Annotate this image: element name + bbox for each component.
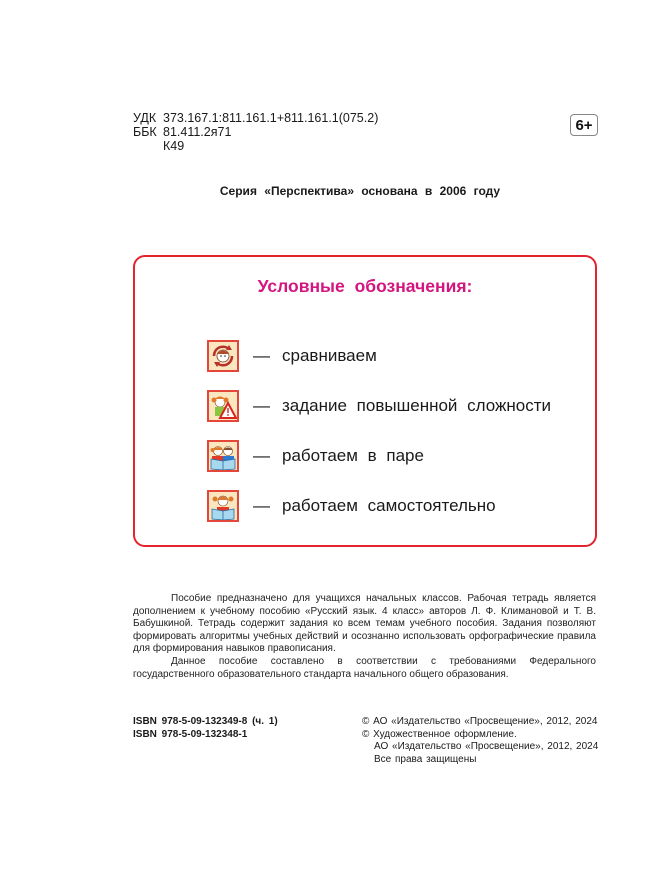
legend-item-pair: — работаем в паре: [207, 440, 424, 472]
udk-label: УДК: [133, 111, 163, 125]
bibliographic-block: УДК373.167.1:811.161.1+811.161.1(075.2) …: [133, 111, 378, 153]
series-line: Серия «Перспектива» основана в 2006 году: [0, 184, 650, 198]
bbk-label: ББК: [133, 125, 163, 139]
warning-difficult-icon: [207, 390, 239, 422]
age-rating-badge: 6+: [570, 114, 598, 136]
legend-text: работаем самостоятельно: [282, 496, 496, 516]
copyright-line: АО «Издательство «Просвещение», 2012, 20…: [362, 741, 598, 754]
isbn-line: ISBN 978-5-09-132349-8 (ч. 1): [133, 716, 278, 729]
author-mark: К49: [163, 139, 184, 153]
legend-item-independent: — работаем самостоятельно: [207, 490, 496, 522]
legend-text: задание повышенной сложности: [282, 396, 551, 416]
copyright-block: © АО «Издательство «Просвещение», 2012, …: [362, 716, 598, 766]
independent-work-icon: [207, 490, 239, 522]
isbn-block: ISBN 978-5-09-132349-8 (ч. 1) ISBN 978-5…: [133, 716, 278, 741]
legend-dash: —: [253, 346, 270, 366]
annotation-paragraph-1: Пособие предназначено для учащихся начал…: [133, 593, 596, 656]
legend-dash: —: [253, 496, 270, 516]
bbk-value: 81.411.2я71: [163, 125, 231, 139]
legend-text: работаем в паре: [282, 446, 424, 466]
copyright-line: Все права защищены: [362, 754, 598, 767]
isbn-line: ISBN 978-5-09-132348-1: [133, 729, 278, 742]
legend-text: сравниваем: [282, 346, 377, 366]
legend-title: Условные обозначения:: [135, 276, 595, 297]
legend-item-compare: — сравниваем: [207, 340, 377, 372]
udk-value: 373.167.1:811.161.1+811.161.1(075.2): [163, 111, 378, 125]
legend-dash: —: [253, 446, 270, 466]
legend-item-difficult: — задание повышенной сложности: [207, 390, 551, 422]
annotation: Пособие предназначено для учащихся начал…: [133, 593, 596, 681]
copyright-line: © Художественное оформление.: [362, 729, 598, 742]
copyright-line: © АО «Издательство «Просвещение», 2012, …: [362, 716, 598, 729]
annotation-paragraph-2: Данное пособие составлено в соответствии…: [133, 656, 596, 681]
compare-icon: [207, 340, 239, 372]
legend-box: Условные обозначения: — сравниваем: [133, 255, 597, 547]
legend-dash: —: [253, 396, 270, 416]
pair-work-icon: [207, 440, 239, 472]
